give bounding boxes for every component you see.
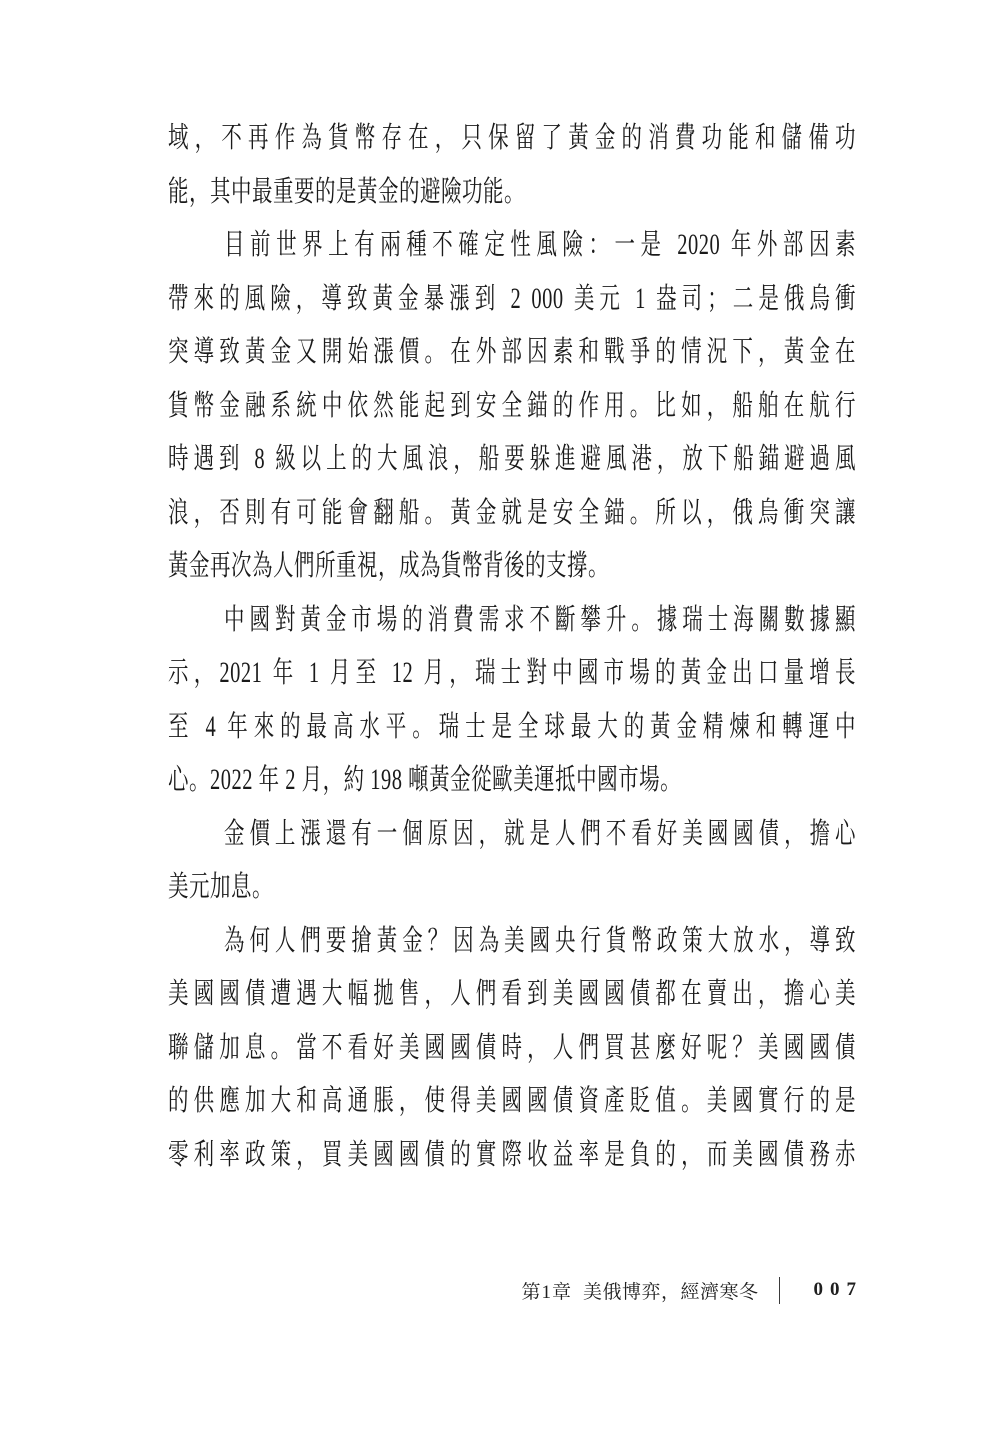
text-line: 零利率政策，買美國國債的實際收益率是負的，而美國債務赤 [168,1118,856,1194]
page-number: 007 [814,1279,864,1301]
body-text-block: 域，不再作為貨幣存在，只保留了黃金的消費功能和儲備功能，其中最重要的是黃金的避險… [168,113,856,1183]
page-footer: 第1章 美俄博弈，經濟寒冬 007 [168,1274,856,1306]
book-page: 域，不再作為貨幣存在，只保留了黃金的消費功能和儲備功能，其中最重要的是黃金的避險… [0,0,1000,1429]
chapter-number-label: 第1章 [521,1277,572,1304]
footer-divider-line [779,1277,780,1304]
chapter-title: 美俄博弈，經濟寒冬 [583,1277,759,1304]
